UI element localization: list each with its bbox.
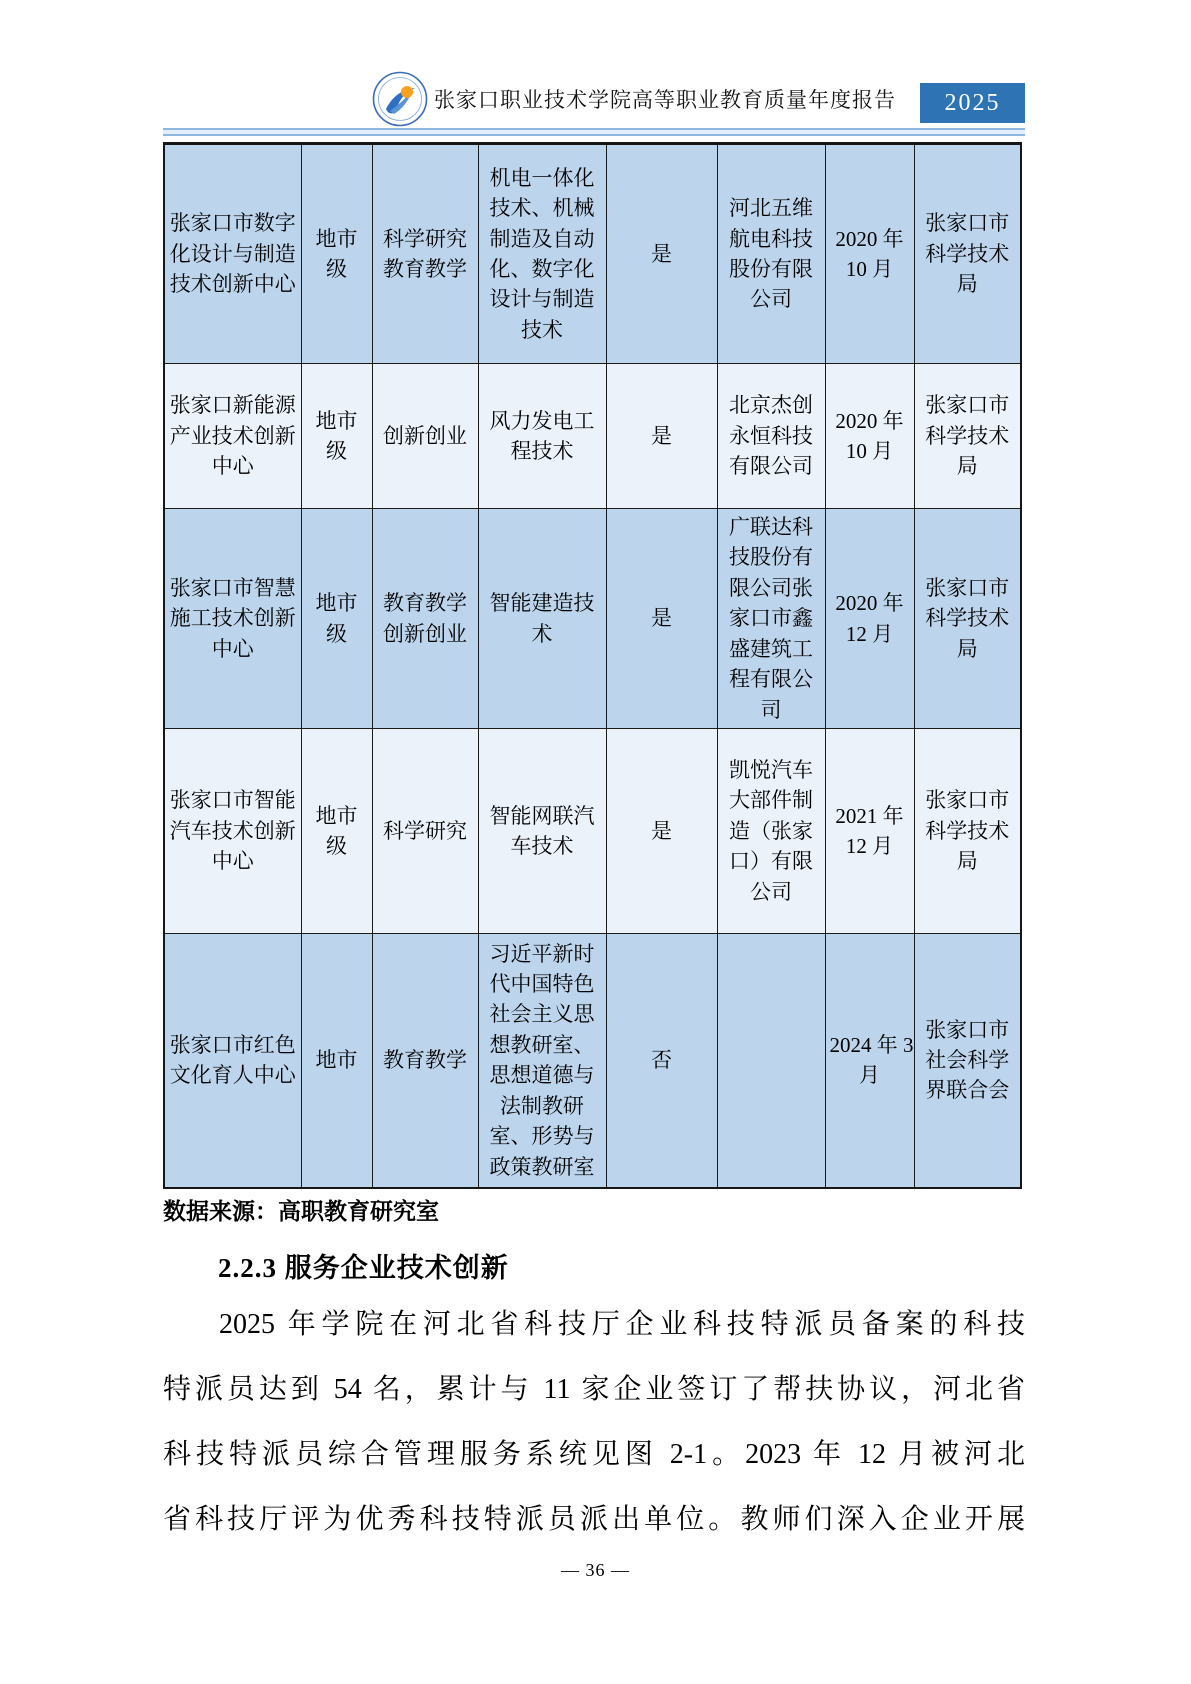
date-line-2: 12 月: [830, 619, 910, 649]
cell-company: [717, 934, 825, 1188]
cell-field: 机电一体化技术、机械制造及自动化、数字化设计与制造技术: [478, 144, 606, 364]
cell-company: 北京杰创永恒科技有限公司: [717, 364, 825, 509]
date-line-2: 12 月: [830, 831, 910, 861]
cell-date: 2020 年10 月: [825, 364, 914, 509]
table-row: 张家口市红色文化育人中心 地市 教育教学 习近平新时代中国特色社会主义思想教研室…: [164, 934, 1021, 1188]
company-line: 凯悦汽车大部件制造（张家口）有限公司: [729, 758, 813, 904]
cell-dept: 张家口市科学技术局: [914, 729, 1021, 934]
cell-company: 凯悦汽车大部件制造（张家口）有限公司: [717, 729, 825, 934]
cell-date: 2020 年10 月: [825, 144, 914, 364]
cell-flag: 否: [606, 934, 717, 1188]
cell-center-name: 张家口新能源产业技术创新中心: [164, 364, 301, 509]
cell-center-name: 张家口市红色文化育人中心: [164, 934, 301, 1188]
table-row: 张家口市智慧施工技术创新中心 地市级 教育教学创新创业 智能建造技术 是 广联达…: [164, 509, 1021, 729]
cell-field: 智能建造技术: [478, 509, 606, 729]
paragraph-line: 2025 年学院在河北省科技厅企业科技特派员备案的科技: [163, 1302, 1025, 1367]
cell-company: 广联达科技股份有限公司张家口市鑫盛建筑工程有限公司: [717, 509, 825, 729]
date-line-1: 2020 年: [830, 406, 910, 436]
table-row: 张家口新能源产业技术创新中心 地市级 创新创业 风力发电工程技术 是 北京杰创永…: [164, 364, 1021, 509]
cell-level: 地市: [301, 934, 372, 1188]
cell-level: 地市级: [301, 729, 372, 934]
cell-type: 科学研究: [372, 729, 478, 934]
cell-type: 教育教学创新创业: [372, 509, 478, 729]
cell-field: 风力发电工程技术: [478, 364, 606, 509]
cell-flag: 是: [606, 729, 717, 934]
cell-type: 教育教学: [372, 934, 478, 1188]
date-line-2: 10 月: [830, 436, 910, 466]
cell-flag: 是: [606, 509, 717, 729]
cell-level: 地市级: [301, 144, 372, 364]
body-paragraph: 2025 年学院在河北省科技厅企业科技特派员备案的科技 特派员达到 54 名，累…: [163, 1302, 1025, 1562]
page-number: — 36 —: [0, 1560, 1191, 1581]
cell-company: 河北五维航电科技股份有限公司: [717, 144, 825, 364]
cell-date: 2021 年12 月: [825, 729, 914, 934]
cell-field: 智能网联汽车技术: [478, 729, 606, 934]
header-rule: [163, 128, 1025, 136]
cell-date: 2024 年 3月: [825, 934, 914, 1188]
cell-flag: 是: [606, 144, 717, 364]
cell-type: 科学研究教育教学: [372, 144, 478, 364]
year-badge: 2025: [920, 83, 1025, 123]
table-row: 张家口市智能汽车技术创新中心 地市级 科学研究 智能网联汽车技术 是 凯悦汽车大…: [164, 729, 1021, 934]
date-line-1: 2020 年: [830, 588, 910, 618]
paragraph-line: 特派员达到 54 名，累计与 11 家企业签订了帮扶协议，河北省: [163, 1367, 1025, 1432]
cell-center-name: 张家口市数字化设计与制造技术创新中心: [164, 144, 301, 364]
cell-flag: 是: [606, 364, 717, 509]
cell-date: 2020 年12 月: [825, 509, 914, 729]
cell-dept: 张家口市科学技术局: [914, 144, 1021, 364]
innovation-centers-table: 张家口市数字化设计与制造技术创新中心 地市级 科学研究教育教学 机电一体化技术、…: [163, 142, 1022, 1189]
paragraph-line: 省科技厅评为优秀科技特派员派出单位。教师们深入企业开展: [163, 1497, 1025, 1562]
cell-dept: 张家口市科学技术局: [914, 364, 1021, 509]
table-row: 张家口市数字化设计与制造技术创新中心 地市级 科学研究教育教学 机电一体化技术、…: [164, 144, 1021, 364]
data-source-note: 数据来源：高职教育研究室: [163, 1193, 439, 1226]
date-line-1: 2024 年 3: [830, 1030, 910, 1060]
report-header-title: 张家口职业技术学院高等职业教育质量年度报告: [434, 84, 914, 114]
cell-center-name: 张家口市智慧施工技术创新中心: [164, 509, 301, 729]
cell-dept: 张家口市社会科学界联合会: [914, 934, 1021, 1188]
paragraph-line: 科技特派员综合管理服务系统见图 2-1。2023 年 12 月被河北: [163, 1432, 1025, 1497]
cell-center-name: 张家口市智能汽车技术创新中心: [164, 729, 301, 934]
cell-type: 创新创业: [372, 364, 478, 509]
company-line: 河北五维航电科技股份有限公司: [729, 196, 813, 311]
college-logo-icon: [372, 71, 428, 127]
date-line-1: 2021 年: [830, 801, 910, 831]
company-line: 北京杰创永恒科技有限公司: [729, 393, 813, 478]
date-line-2: 月: [830, 1060, 910, 1090]
cell-dept: 张家口市科学技术局: [914, 509, 1021, 729]
section-heading: 2.2.3 服务企业技术创新: [218, 1246, 509, 1285]
cell-level: 地市级: [301, 509, 372, 729]
cell-field: 习近平新时代中国特色社会主义思想教研室、思想道德与法制教研室、形势与政策教研室: [478, 934, 606, 1188]
cell-level: 地市级: [301, 364, 372, 509]
date-line-1: 2020 年: [830, 224, 910, 254]
date-line-2: 10 月: [830, 254, 910, 284]
report-page: 张家口职业技术学院高等职业教育质量年度报告 2025 张家口市数字化设计与制造技…: [0, 0, 1191, 1684]
